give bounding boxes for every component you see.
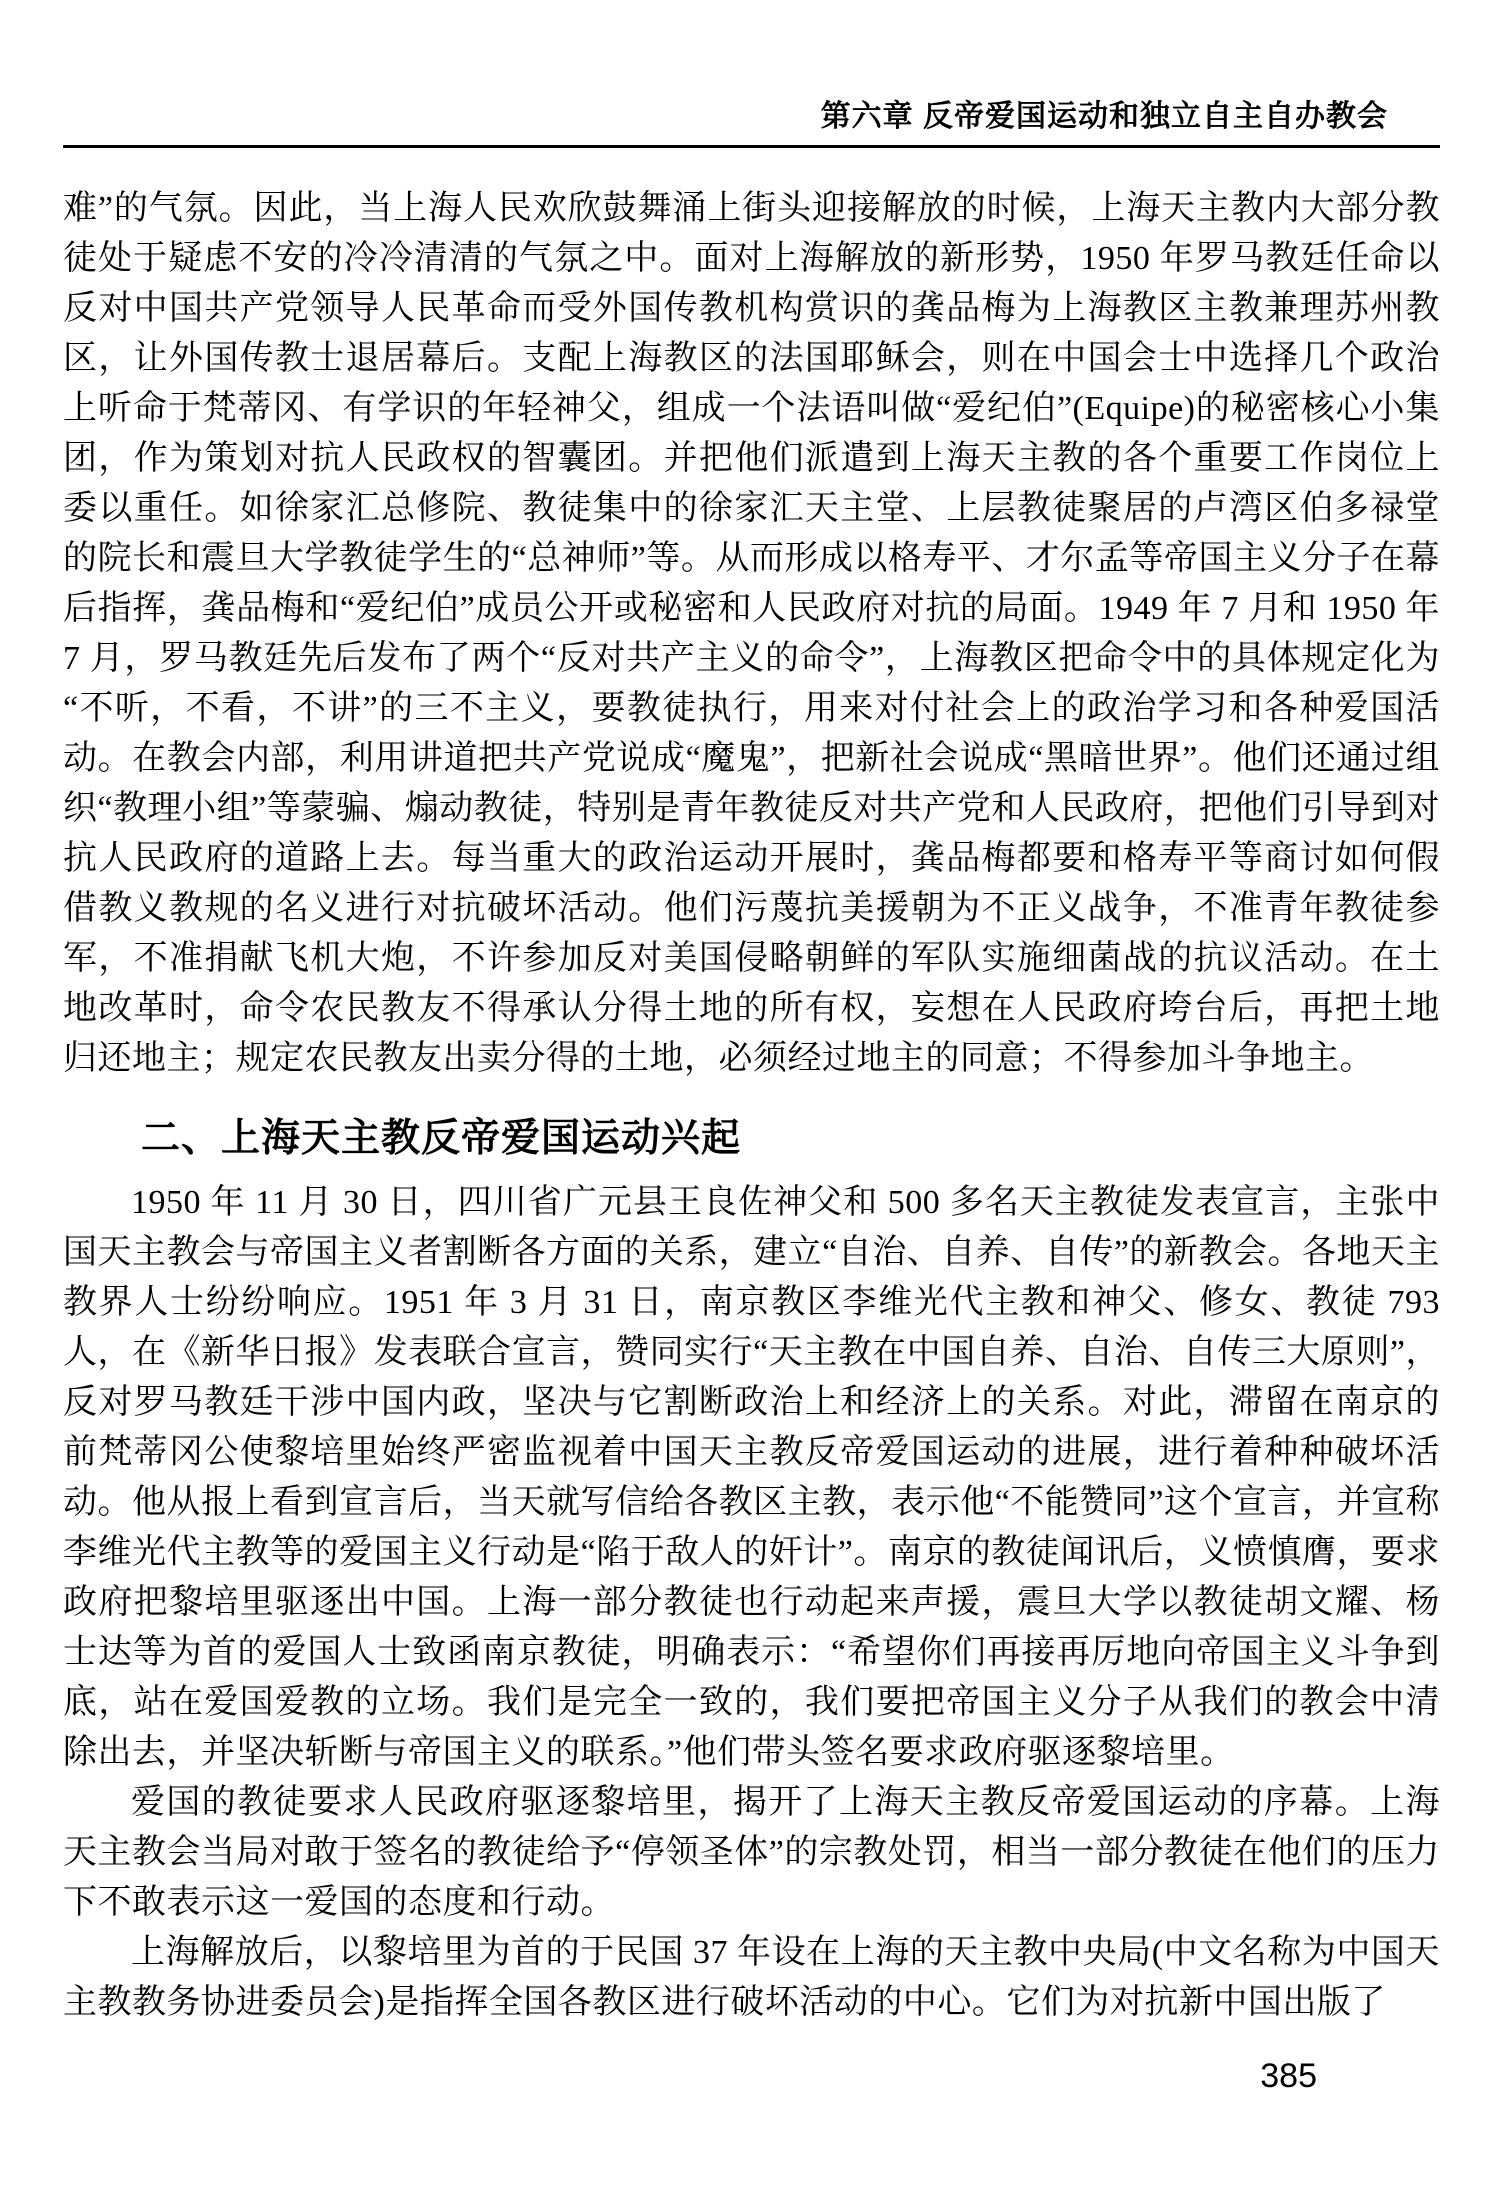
paragraph-continuation: 难”的气氛。因此，当上海人民欢欣鼓舞涌上街头迎接解放的时候，上海天主教内大部分教… — [63, 184, 1440, 1084]
running-head-chapter-title: 第六章 反帝爱国运动和独立自主自办教会 — [63, 100, 1440, 134]
page-body: 难”的气氛。因此，当上海人民欢欣鼓舞涌上街头迎接解放的时候，上海天主教内大部分教… — [63, 184, 1440, 2028]
page-content: 第六章 反帝爱国运动和独立自主自办教会 难”的气氛。因此，当上海人民欢欣鼓舞涌上… — [63, 0, 1440, 2028]
header-rule — [63, 145, 1440, 148]
paragraph-3: 爱国的教徒要求人民政府驱逐黎培里，揭开了上海天主教反帝爱国运动的序幕。上海天主教… — [63, 1778, 1440, 1928]
section-heading: 二、上海天主教反帝爱国运动兴起 — [63, 1112, 1440, 1166]
page-number: 385 — [1260, 2058, 1317, 2094]
page-header: 第六章 反帝爱国运动和独立自主自办教会 — [63, 100, 1440, 148]
book-page: 第六章 反帝爱国运动和独立自主自办教会 难”的气氛。因此，当上海人民欢欣鼓舞涌上… — [0, 0, 1500, 2204]
paragraph-2: 1950 年 11 月 30 日，四川省广元县王良佐神父和 500 多名天主教徒… — [63, 1178, 1440, 1778]
paragraph-4: 上海解放后，以黎培里为首的于民国 37 年设在上海的天主教中央局(中文名称为中国… — [63, 1928, 1440, 2028]
